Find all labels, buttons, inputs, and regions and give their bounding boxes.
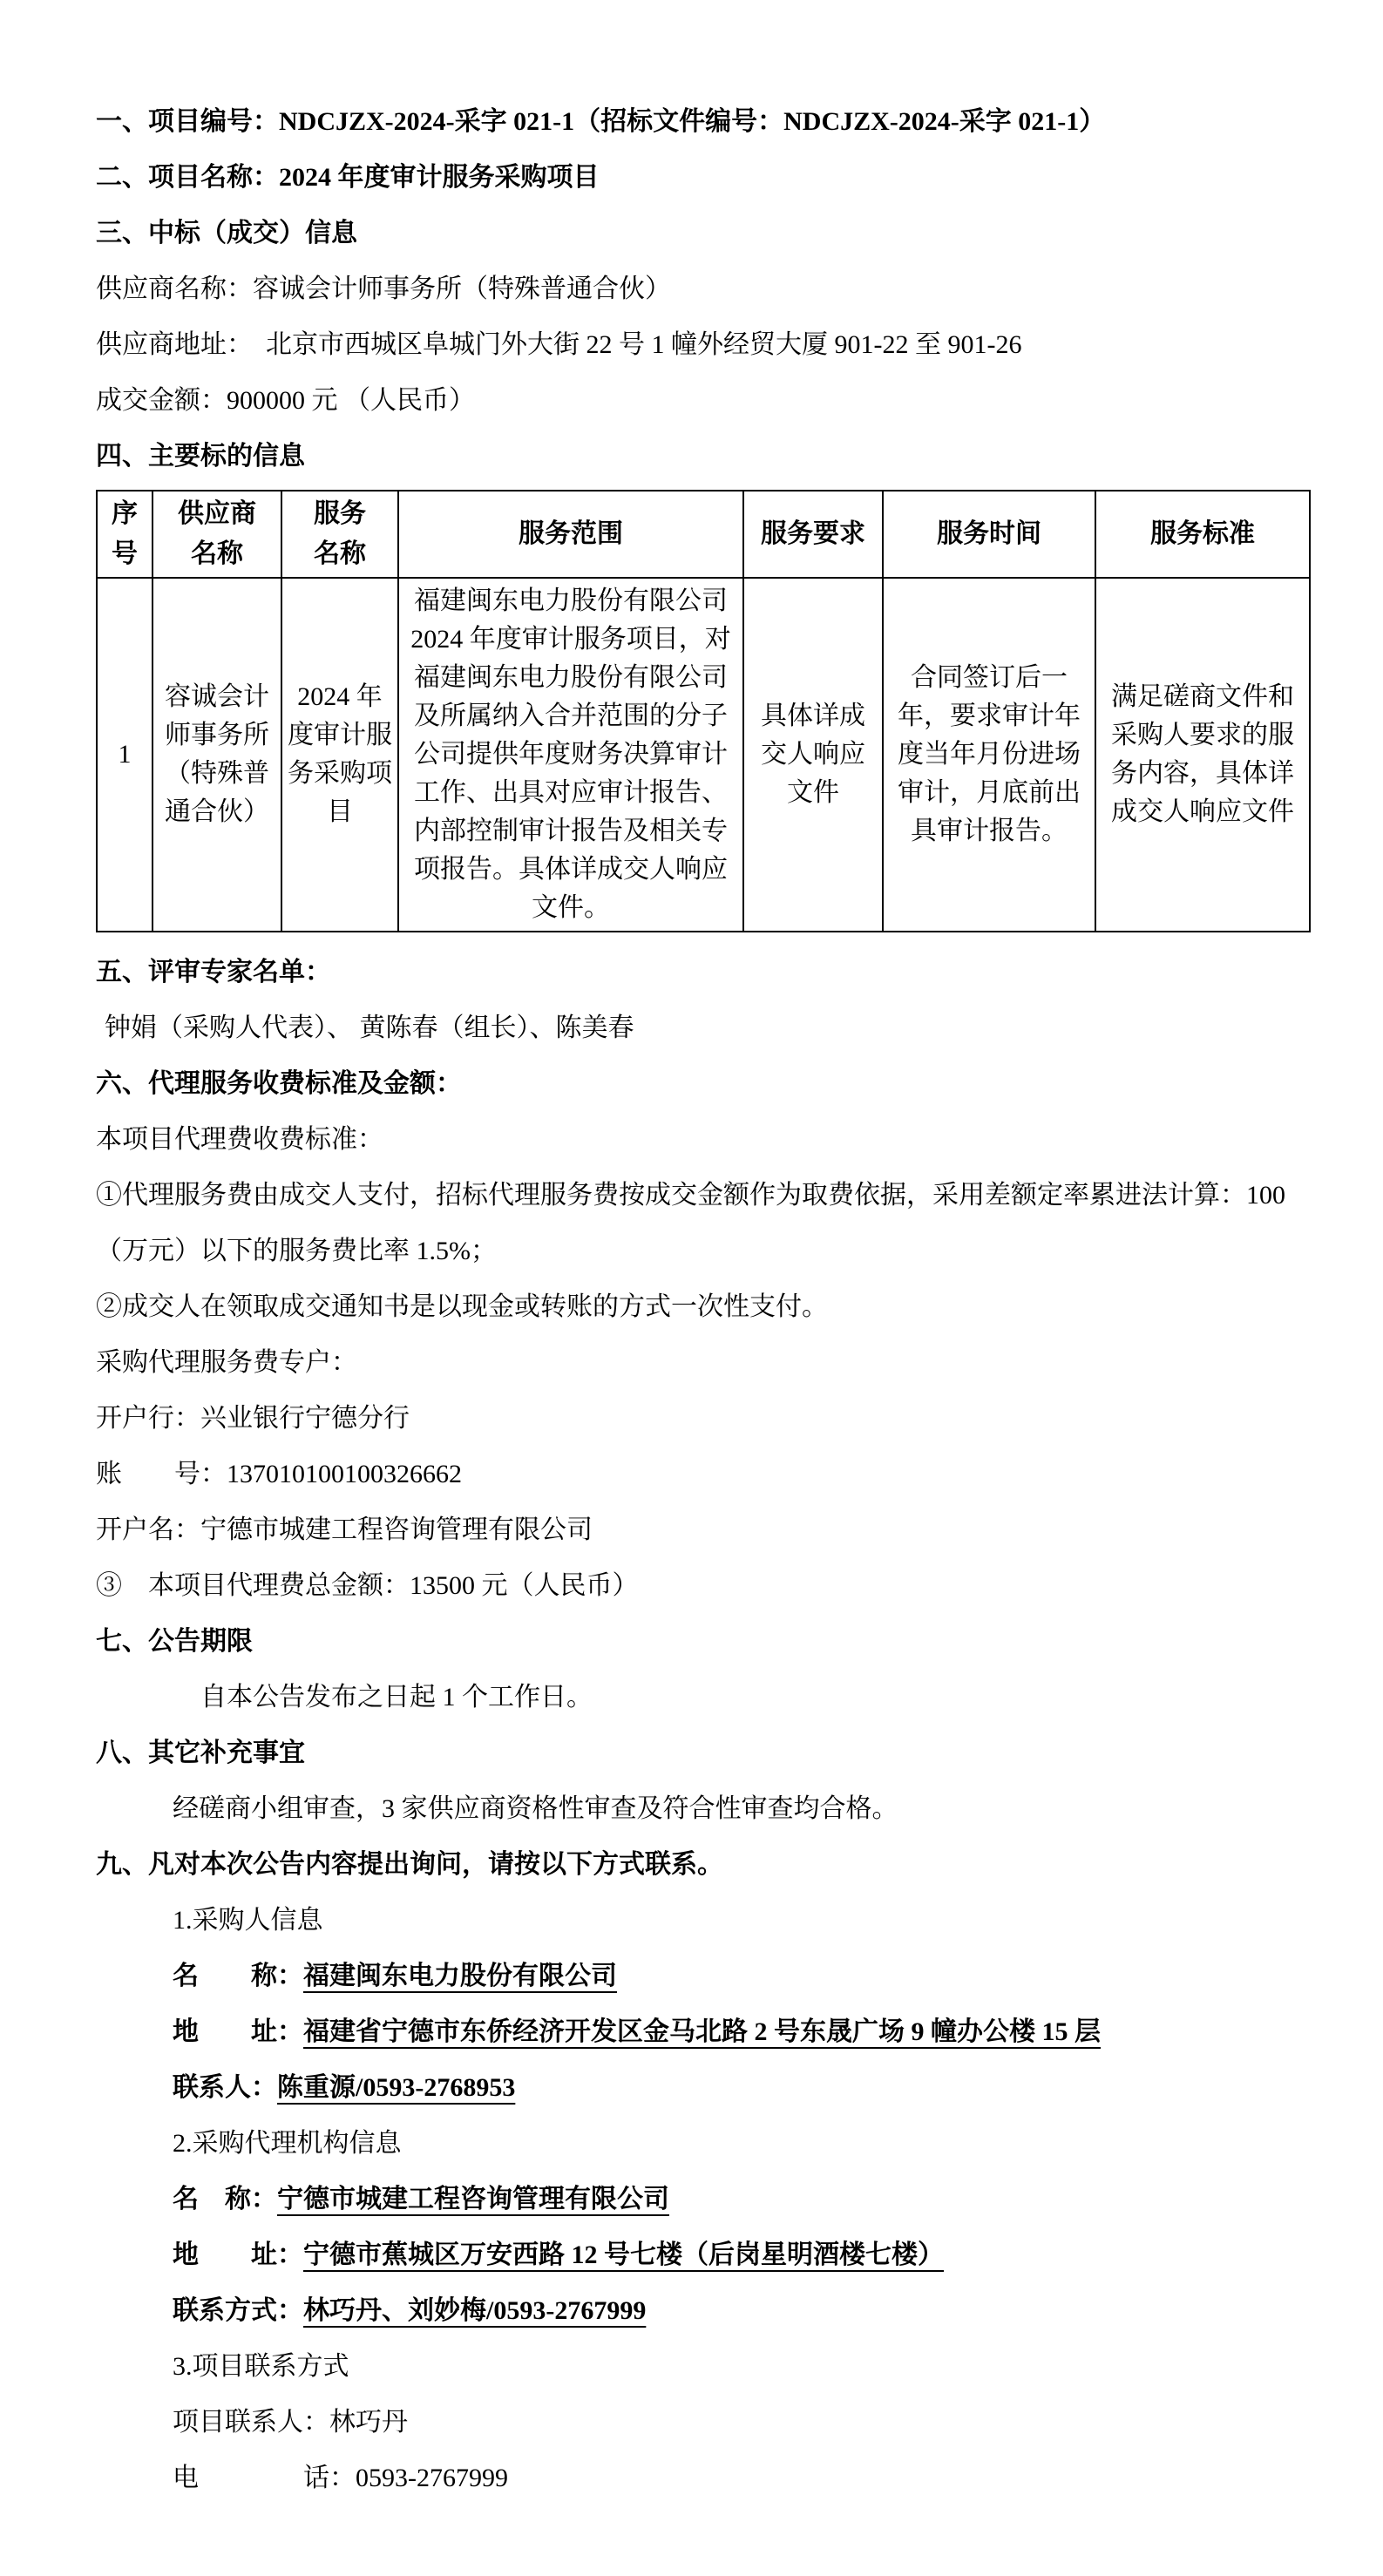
buyer-address-value: 福建省宁德市东侨经济开发区金马北路 2 号东晟广场 9 幢办公楼 15 层 bbox=[303, 2017, 1101, 2046]
buyer-contact-value: 陈重源/0593-2768953 bbox=[277, 2073, 515, 2102]
agency-name-label: 名 称： bbox=[173, 2185, 277, 2213]
table-header-requirement: 服务要求 bbox=[743, 491, 883, 578]
table-header-supplier: 供应商 名称 bbox=[153, 491, 281, 578]
fee-standard-intro-line: 本项目代理费收费标准： bbox=[96, 1112, 1309, 1168]
fee-item-2-line: ②成交人在领取成交通知书是以现金或转账的方式一次性支付。 bbox=[96, 1279, 1309, 1335]
bank-name-line: 开户行：兴业银行宁德分行 bbox=[96, 1391, 1309, 1447]
section-5-heading: 五、评审专家名单： bbox=[96, 945, 1309, 1000]
account-number-line: 账 号：137010100100326662 bbox=[96, 1447, 1309, 1502]
supplement-note-line: 经磋商小组审查，3 家供应商资格性审查及符合性审查均合格。 bbox=[96, 1781, 1309, 1837]
subject-matter-table: 序 号 供应商 名称 服务 名称 服务范围 服务要求 服务时间 服务标准 1 容… bbox=[96, 490, 1311, 932]
fee-item-1-line: ①代理服务费由成交人支付，招标代理服务费按成交金额作为取费依据，采用差额定率累进… bbox=[96, 1168, 1309, 1279]
cell-time: 合同签订后一年，要求审计年度当年月份进场审计，月底前出具审计报告。 bbox=[883, 578, 1095, 932]
cell-standard: 满足磋商文件和采购人要求的服务内容，具体详成交人响应文件 bbox=[1095, 578, 1310, 932]
buyer-address-line: 地 址：福建省宁德市东侨经济开发区金马北路 2 号东晟广场 9 幢办公楼 15 … bbox=[96, 2004, 1309, 2060]
section-2-heading: 二、项目名称：2024 年度审计服务采购项目 bbox=[96, 150, 1309, 206]
table-header-standard: 服务标准 bbox=[1095, 491, 1310, 578]
announcement-document: 一、项目编号：NDCJZX-2024-采字 021-1（招标文件编号：NDCJZ… bbox=[0, 0, 1383, 2576]
table-row: 1 容诚会计师事务所（特殊普通合伙） 2024 年度审计服务采购项目 福建闽东电… bbox=[97, 578, 1310, 932]
buyer-info-title: 1.采购人信息 bbox=[96, 1893, 1309, 1949]
cell-service-name: 2024 年度审计服务采购项目 bbox=[281, 578, 398, 932]
section-7-heading: 七、公告期限 bbox=[96, 1614, 1309, 1670]
section-4-heading: 四、主要标的信息 bbox=[96, 429, 1309, 485]
table-header-time: 服务时间 bbox=[883, 491, 1095, 578]
project-phone-line: 电 话：0593-2767999 bbox=[96, 2451, 1309, 2506]
project-contact-title: 3.项目联系方式 bbox=[96, 2339, 1309, 2395]
buyer-name-label: 名 称： bbox=[173, 1962, 303, 1990]
project-contact-line: 项目联系人：林巧丹 bbox=[96, 2395, 1309, 2451]
table-header-service-name: 服务 名称 bbox=[281, 491, 398, 578]
experts-list-line: 钟娟（采购人代表）、 黄陈春（组长）、陈美春 bbox=[96, 1000, 1309, 1056]
supplier-name-line: 供应商名称：容诚会计师事务所（特殊普通合伙） bbox=[96, 261, 1309, 317]
agency-contact-line: 联系方式：林巧丹、刘妙梅/0593-2767999 bbox=[96, 2283, 1309, 2339]
award-amount-line: 成交金额：900000 元 （人民币） bbox=[96, 373, 1309, 429]
section-8-heading: 八、其它补充事宜 bbox=[96, 1725, 1309, 1781]
table-header-seq: 序 号 bbox=[97, 491, 153, 578]
section-9-heading: 九、凡对本次公告内容提出询问，请按以下方式联系。 bbox=[96, 1837, 1309, 1893]
section-1-heading: 一、项目编号：NDCJZX-2024-采字 021-1（招标文件编号：NDCJZ… bbox=[96, 94, 1309, 150]
buyer-address-label: 地 址： bbox=[173, 2017, 303, 2046]
table-header-scope: 服务范围 bbox=[398, 491, 743, 578]
announcement-period-line: 自本公告发布之日起 1 个工作日。 bbox=[96, 1670, 1309, 1725]
agency-address-label: 地 址： bbox=[173, 2240, 303, 2269]
agency-name-line: 名 称：宁德市城建工程咨询管理有限公司 bbox=[96, 2172, 1309, 2227]
agency-info-title: 2.采购代理机构信息 bbox=[96, 2116, 1309, 2172]
buyer-name-value: 福建闽东电力股份有限公司 bbox=[303, 1962, 617, 1990]
table-header-row: 序 号 供应商 名称 服务 名称 服务范围 服务要求 服务时间 服务标准 bbox=[97, 491, 1310, 578]
buyer-contact-label: 联系人： bbox=[173, 2073, 277, 2102]
agency-contact-value: 林巧丹、刘妙梅/0593-2767999 bbox=[303, 2296, 646, 2325]
cell-requirement: 具体详成交人响应文件 bbox=[743, 578, 883, 932]
buyer-name-line: 名 称：福建闽东电力股份有限公司 bbox=[96, 1949, 1309, 2004]
supplier-address-line: 供应商地址： 北京市西城区阜城门外大街 22 号 1 幢外经贸大厦 901-22… bbox=[96, 317, 1309, 373]
fee-total-line: ③ 本项目代理费总金额：13500 元（人民币） bbox=[96, 1558, 1309, 1614]
cell-scope: 福建闽东电力股份有限公司 2024 年度审计服务项目，对福建闽东电力股份有限公司… bbox=[398, 578, 743, 932]
agency-contact-label: 联系方式： bbox=[173, 2296, 303, 2325]
agency-address-line: 地 址：宁德市蕉城区万安西路 12 号七楼（后岗星明酒楼七楼） bbox=[96, 2227, 1309, 2283]
cell-supplier: 容诚会计师事务所（特殊普通合伙） bbox=[153, 578, 281, 932]
fee-account-title-line: 采购代理服务费专户： bbox=[96, 1335, 1309, 1391]
agency-address-value: 宁德市蕉城区万安西路 12 号七楼（后岗星明酒楼七楼） bbox=[303, 2240, 944, 2269]
account-name-line: 开户名：宁德市城建工程咨询管理有限公司 bbox=[96, 1502, 1309, 1558]
agency-name-value: 宁德市城建工程咨询管理有限公司 bbox=[277, 2185, 669, 2213]
cell-seq: 1 bbox=[97, 578, 153, 932]
buyer-contact-line: 联系人：陈重源/0593-2768953 bbox=[96, 2060, 1309, 2116]
section-3-heading: 三、中标（成交）信息 bbox=[96, 206, 1309, 261]
section-6-heading: 六、代理服务收费标准及金额： bbox=[96, 1056, 1309, 1112]
